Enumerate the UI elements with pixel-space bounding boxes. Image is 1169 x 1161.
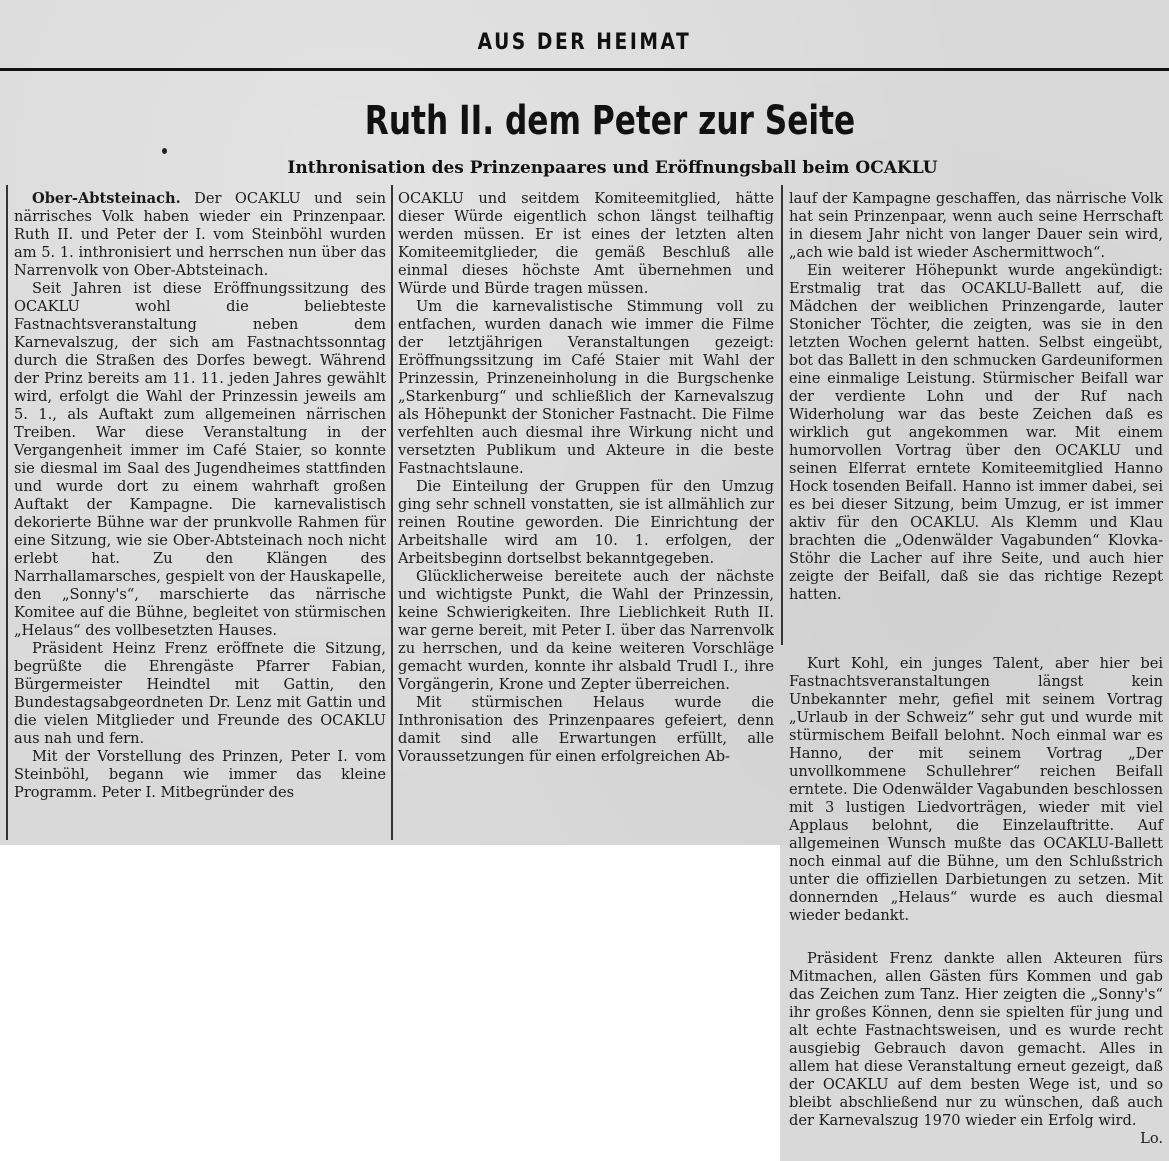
- article-column-1: Ober-Abtsteinach. Der OCAKLU und sein nä…: [14, 190, 386, 802]
- paragraph: Mit stürmischen Helaus wurde die Inthron…: [398, 694, 774, 766]
- section-heading: AUS DER HEIMAT: [88, 30, 1082, 55]
- dateline: Ober-Abtsteinach.: [32, 190, 181, 207]
- ink-dot: [162, 148, 167, 154]
- paragraph: Glücklicherweise bereitete auch der näch…: [398, 568, 774, 694]
- paragraph: OCAKLU und seitdem Komiteemitglied, hätt…: [398, 190, 774, 298]
- headline: Ruth II. dem Peter zur Seite: [134, 98, 1086, 144]
- paragraph: Mit der Vorstellung des Prinzen, Peter I…: [14, 748, 386, 802]
- paragraph: Um die karnevalistische Stimmung voll zu…: [398, 298, 774, 478]
- column-rule-1: [391, 185, 393, 840]
- paragraph: Kurt Kohl, ein junges Talent, aber hier …: [789, 655, 1163, 925]
- author-signature: Lo.: [1122, 1130, 1163, 1148]
- paragraph: Die Einteilung der Gruppen für den Umzug…: [398, 478, 774, 568]
- paragraph: Seit Jahren ist diese Eröffnungssitzung …: [14, 280, 386, 640]
- paragraph: Ober-Abtsteinach. Der OCAKLU und sein nä…: [14, 190, 386, 280]
- subheadline: Inthronisation des Prinzenpaares und Erö…: [0, 158, 1169, 178]
- paragraph: lauf der Kampagne geschaffen, das närris…: [789, 190, 1163, 262]
- paragraph: Ein weiterer Höhepunkt wurde angekündigt…: [789, 262, 1163, 604]
- section-rule: [0, 68, 1169, 71]
- column-rule-2: [781, 185, 783, 645]
- paragraph: Präsident Frenz dankte allen Akteuren fü…: [789, 950, 1163, 1130]
- article-column-2: OCAKLU und seitdem Komiteemitglied, hätt…: [398, 190, 774, 766]
- article-column-3-continued: Kurt Kohl, ein junges Talent, aber hier …: [789, 655, 1163, 925]
- paragraph: Präsident Heinz Frenz eröffnete die Sitz…: [14, 640, 386, 748]
- article-column-3-closing: Präsident Frenz dankte allen Akteuren fü…: [789, 950, 1163, 1148]
- column-rule-left: [6, 185, 8, 840]
- article-column-3: lauf der Kampagne geschaffen, das närris…: [789, 190, 1163, 604]
